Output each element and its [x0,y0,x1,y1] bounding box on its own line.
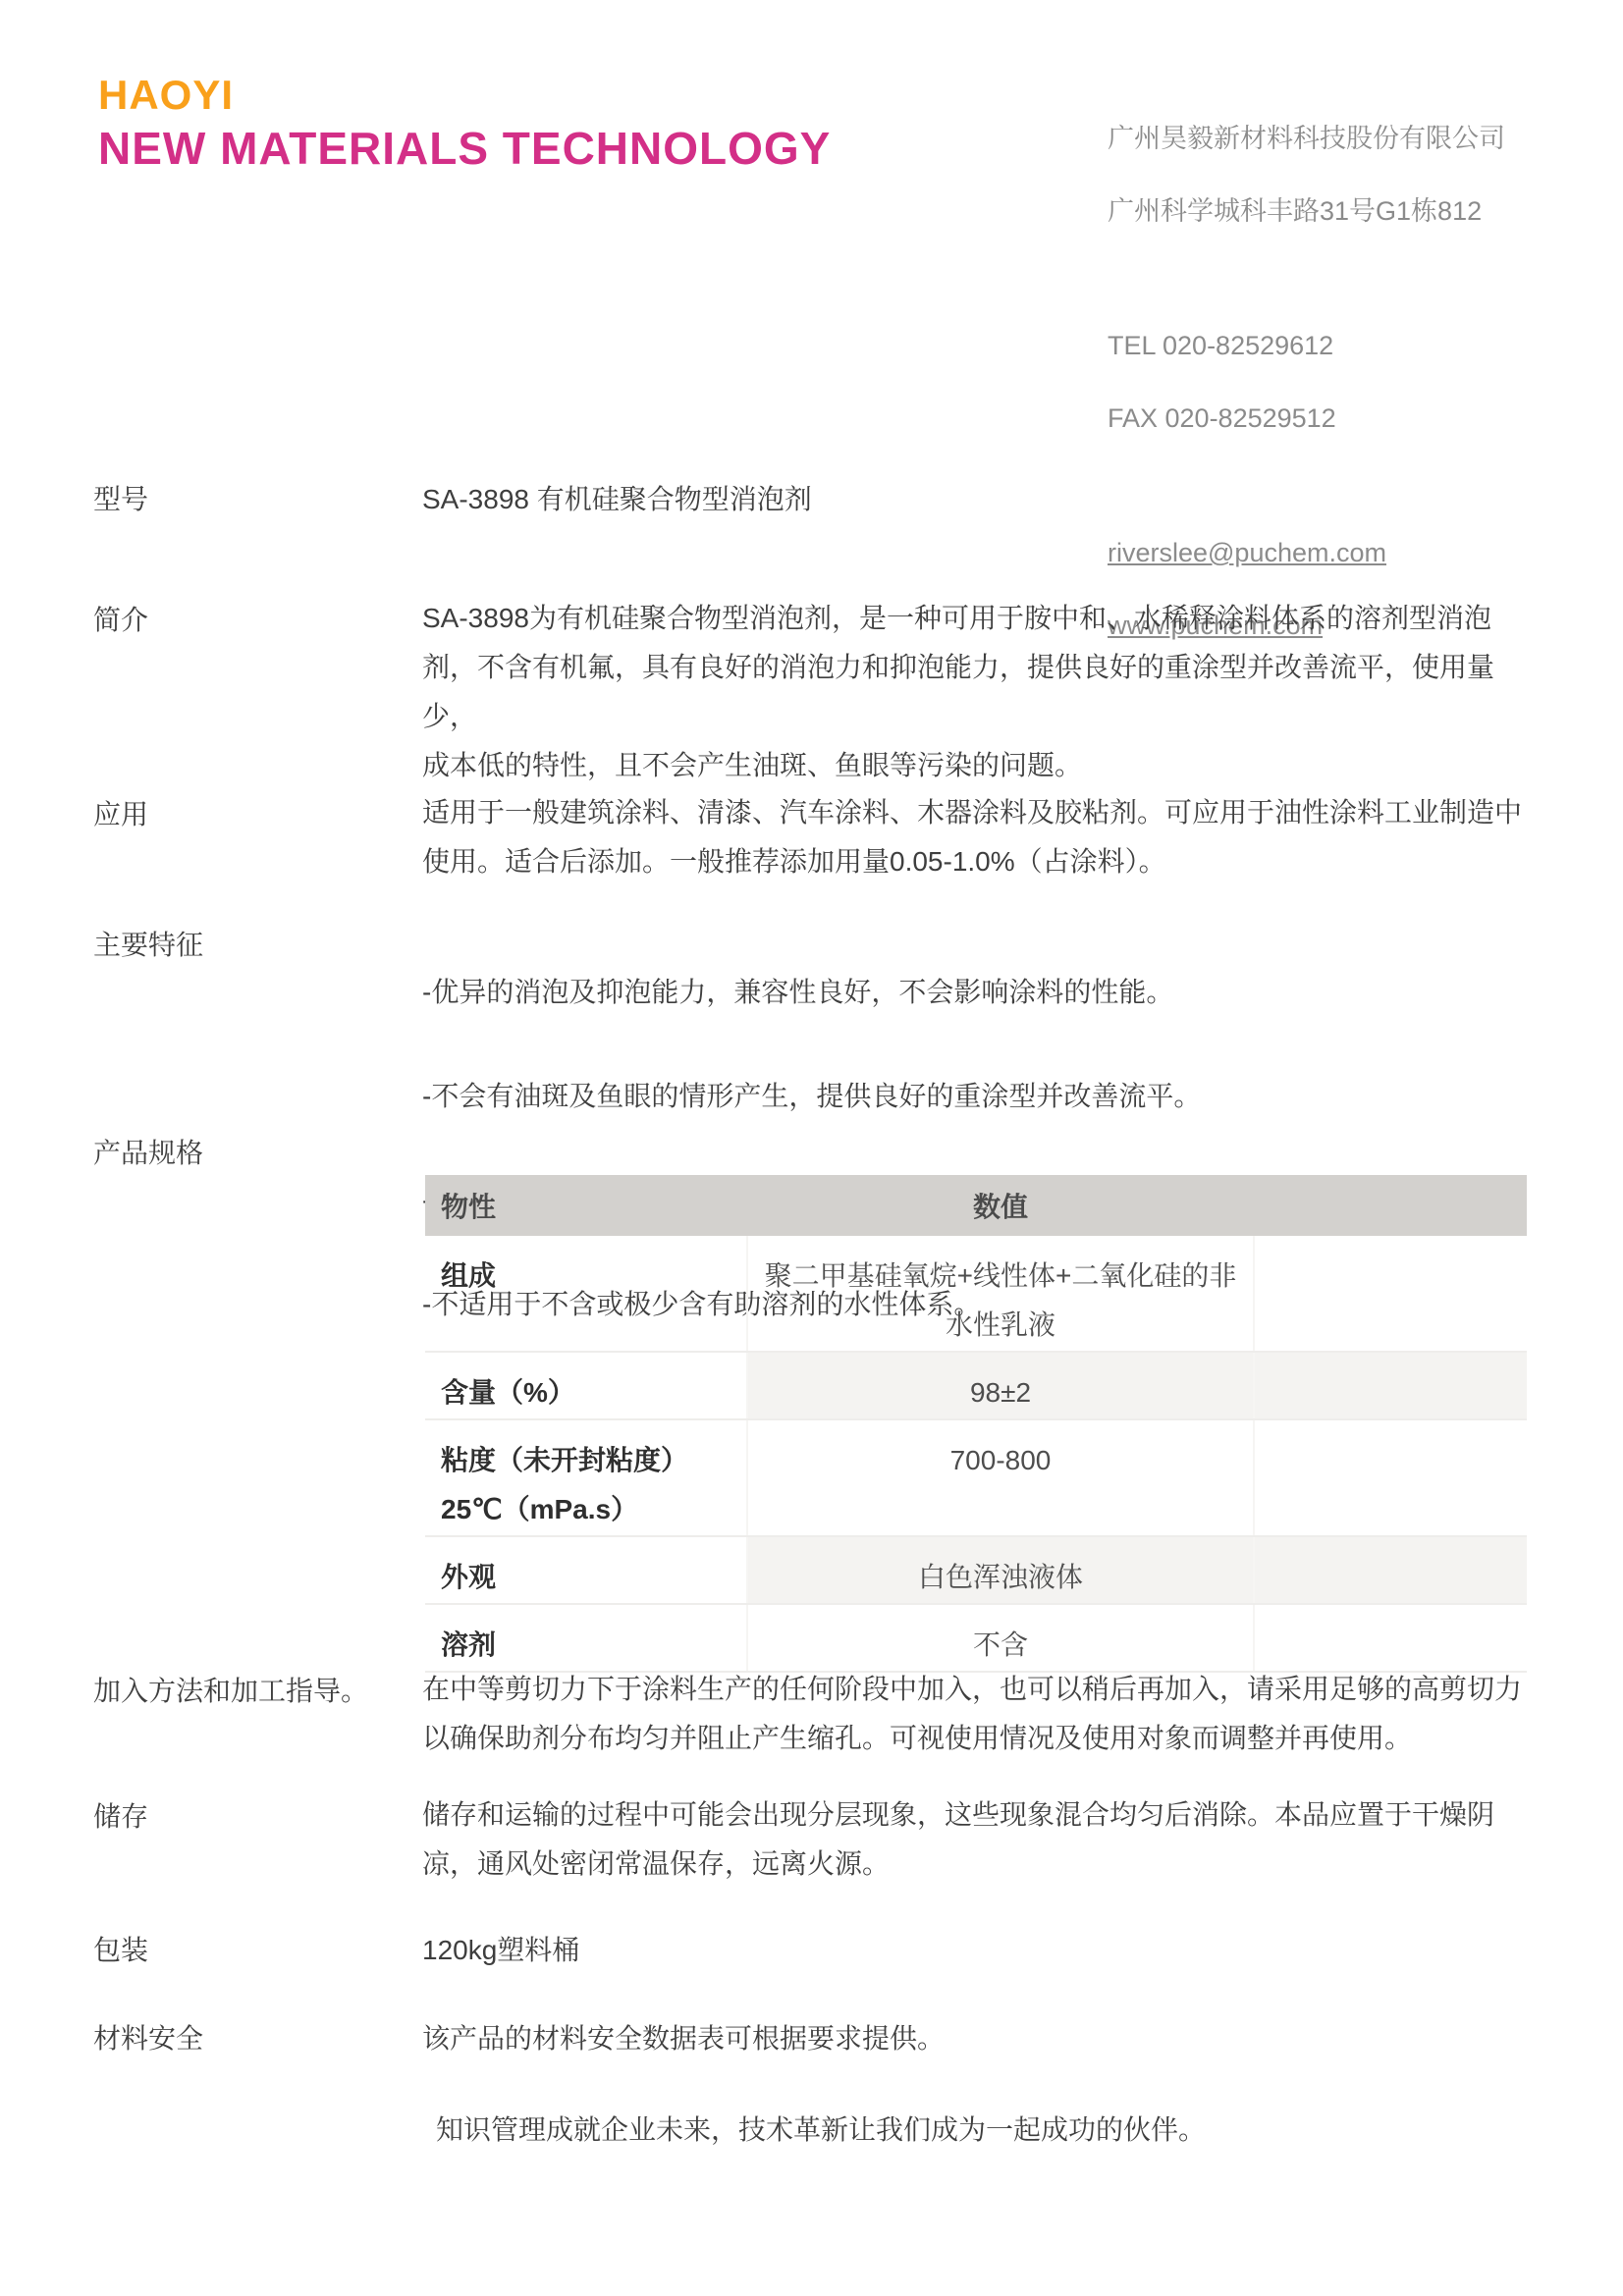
company-logo: HAOYI NEW MATERIALS TECHNOLOGY [98,75,831,171]
spec-property: 溶剂 [425,1604,747,1672]
spec-table: 物性 数值 组成 聚二甲基硅氧烷+线性体+二氧化硅的非 水性乳液 含量（%） 9… [425,1175,1527,1673]
spec-empty-cell [1254,1536,1527,1604]
msds-value: 该产品的材料安全数据表可根据要求提供。 [422,2022,1532,2056]
table-row: 溶剂 不含 [425,1604,1527,1672]
spec-header-empty [1254,1175,1527,1236]
logo-wordmark-haoyi: HAOYI [98,75,831,116]
spec-value: 白色浑浊液体 [747,1536,1254,1604]
spec-empty-cell [1254,1352,1527,1419]
spec-header-property: 物性 [425,1175,747,1236]
section-label-application: 应用 [93,798,417,831]
section-label-msds: 材料安全 [93,2022,417,2056]
email-link[interactable]: riverslee@puchem.com [1108,538,1386,567]
contact-block: 广州昊毅新材料科技股份有限公司 广州科学城科丰路31号G1栋812 TEL 02… [1108,84,1540,680]
section-label-packing: 包装 [93,1934,417,1967]
section-label-spec: 产品规格 [93,1137,417,1170]
spacer [1108,266,1540,292]
spec-value: 700-800 [747,1419,1254,1536]
spec-value: 聚二甲基硅氧烷+线性体+二氧化硅的非 水性乳液 [747,1236,1254,1352]
model-value: SA-3898 有机硅聚合物型消泡剂 [422,483,1532,516]
footer-slogan: 知识管理成就企业未来，技术革新让我们成为一起成功的伙伴。 [436,2109,1206,2148]
spec-property: 组成 [425,1236,747,1352]
table-row: 含量（%） 98±2 [425,1352,1527,1419]
section-label-intro: 简介 [93,604,417,637]
spec-value: 98±2 [747,1352,1254,1419]
spec-value: 不含 [747,1604,1254,1672]
packing-value: 120kg塑料桶 [422,1934,1532,1967]
feature-item: -不会有油斑及鱼眼的情形产生，提供良好的重涂型并改善流平。 [422,1082,1532,1111]
spec-property: 含量（%） [425,1352,747,1419]
spec-property: 外观 [425,1536,747,1604]
application-paragraph: 适用于一般建筑涂料、清漆、汽车涂料、木器涂料及胶粘剂。可应用于油性涂料工业制造中… [422,788,1532,886]
company-tel: TEL 020-82529612 [1108,328,1540,364]
section-label-storage: 储存 [93,1800,417,1834]
intro-paragraph: SA-3898为有机硅聚合物型消泡剂，是一种可用于胺中和、水稀释涂料体系的溶剂型… [422,594,1532,790]
section-label-features: 主要特征 [93,929,417,962]
storage-paragraph: 储存和运输的过程中可能会出现分层现象，这些现象混合均匀后消除。本品应置于干燥阴 … [422,1790,1532,1889]
company-fax: FAX 020-82529512 [1108,400,1540,437]
table-row: 外观 白色浑浊液体 [425,1536,1527,1604]
company-name: 广州昊毅新材料科技股份有限公司 [1108,121,1540,157]
spec-property: 粘度（未开封粘度） 25℃（mPa.s） [425,1419,747,1536]
spec-empty-cell [1254,1419,1527,1536]
method-paragraph: 在中等剪切力下于涂料生产的任何阶段中加入，也可以稍后再加入，请采用足够的高剪切力… [422,1665,1532,1763]
spec-empty-cell [1254,1236,1527,1352]
company-address: 广州科学城科丰路31号G1栋812 [1108,193,1540,230]
feature-item: -优异的消泡及抑泡能力，兼容性良好，不会影响涂料的性能。 [422,978,1532,1007]
spec-table-header-row: 物性 数值 [425,1175,1527,1236]
logo-wordmark-newmaterials: NEW MATERIALS TECHNOLOGY [98,126,831,171]
spec-header-value: 数值 [747,1175,1254,1236]
datasheet-page: HAOYI NEW MATERIALS TECHNOLOGY 广州昊毅新材料科技… [0,0,1623,2296]
spec-empty-cell [1254,1604,1527,1672]
section-label-method: 加入方法和加工指导。 [93,1675,417,1708]
table-row: 粘度（未开封粘度） 25℃（mPa.s） 700-800 [425,1419,1527,1536]
table-row: 组成 聚二甲基硅氧烷+线性体+二氧化硅的非 水性乳液 [425,1236,1527,1352]
section-label-model: 型号 [93,483,417,516]
